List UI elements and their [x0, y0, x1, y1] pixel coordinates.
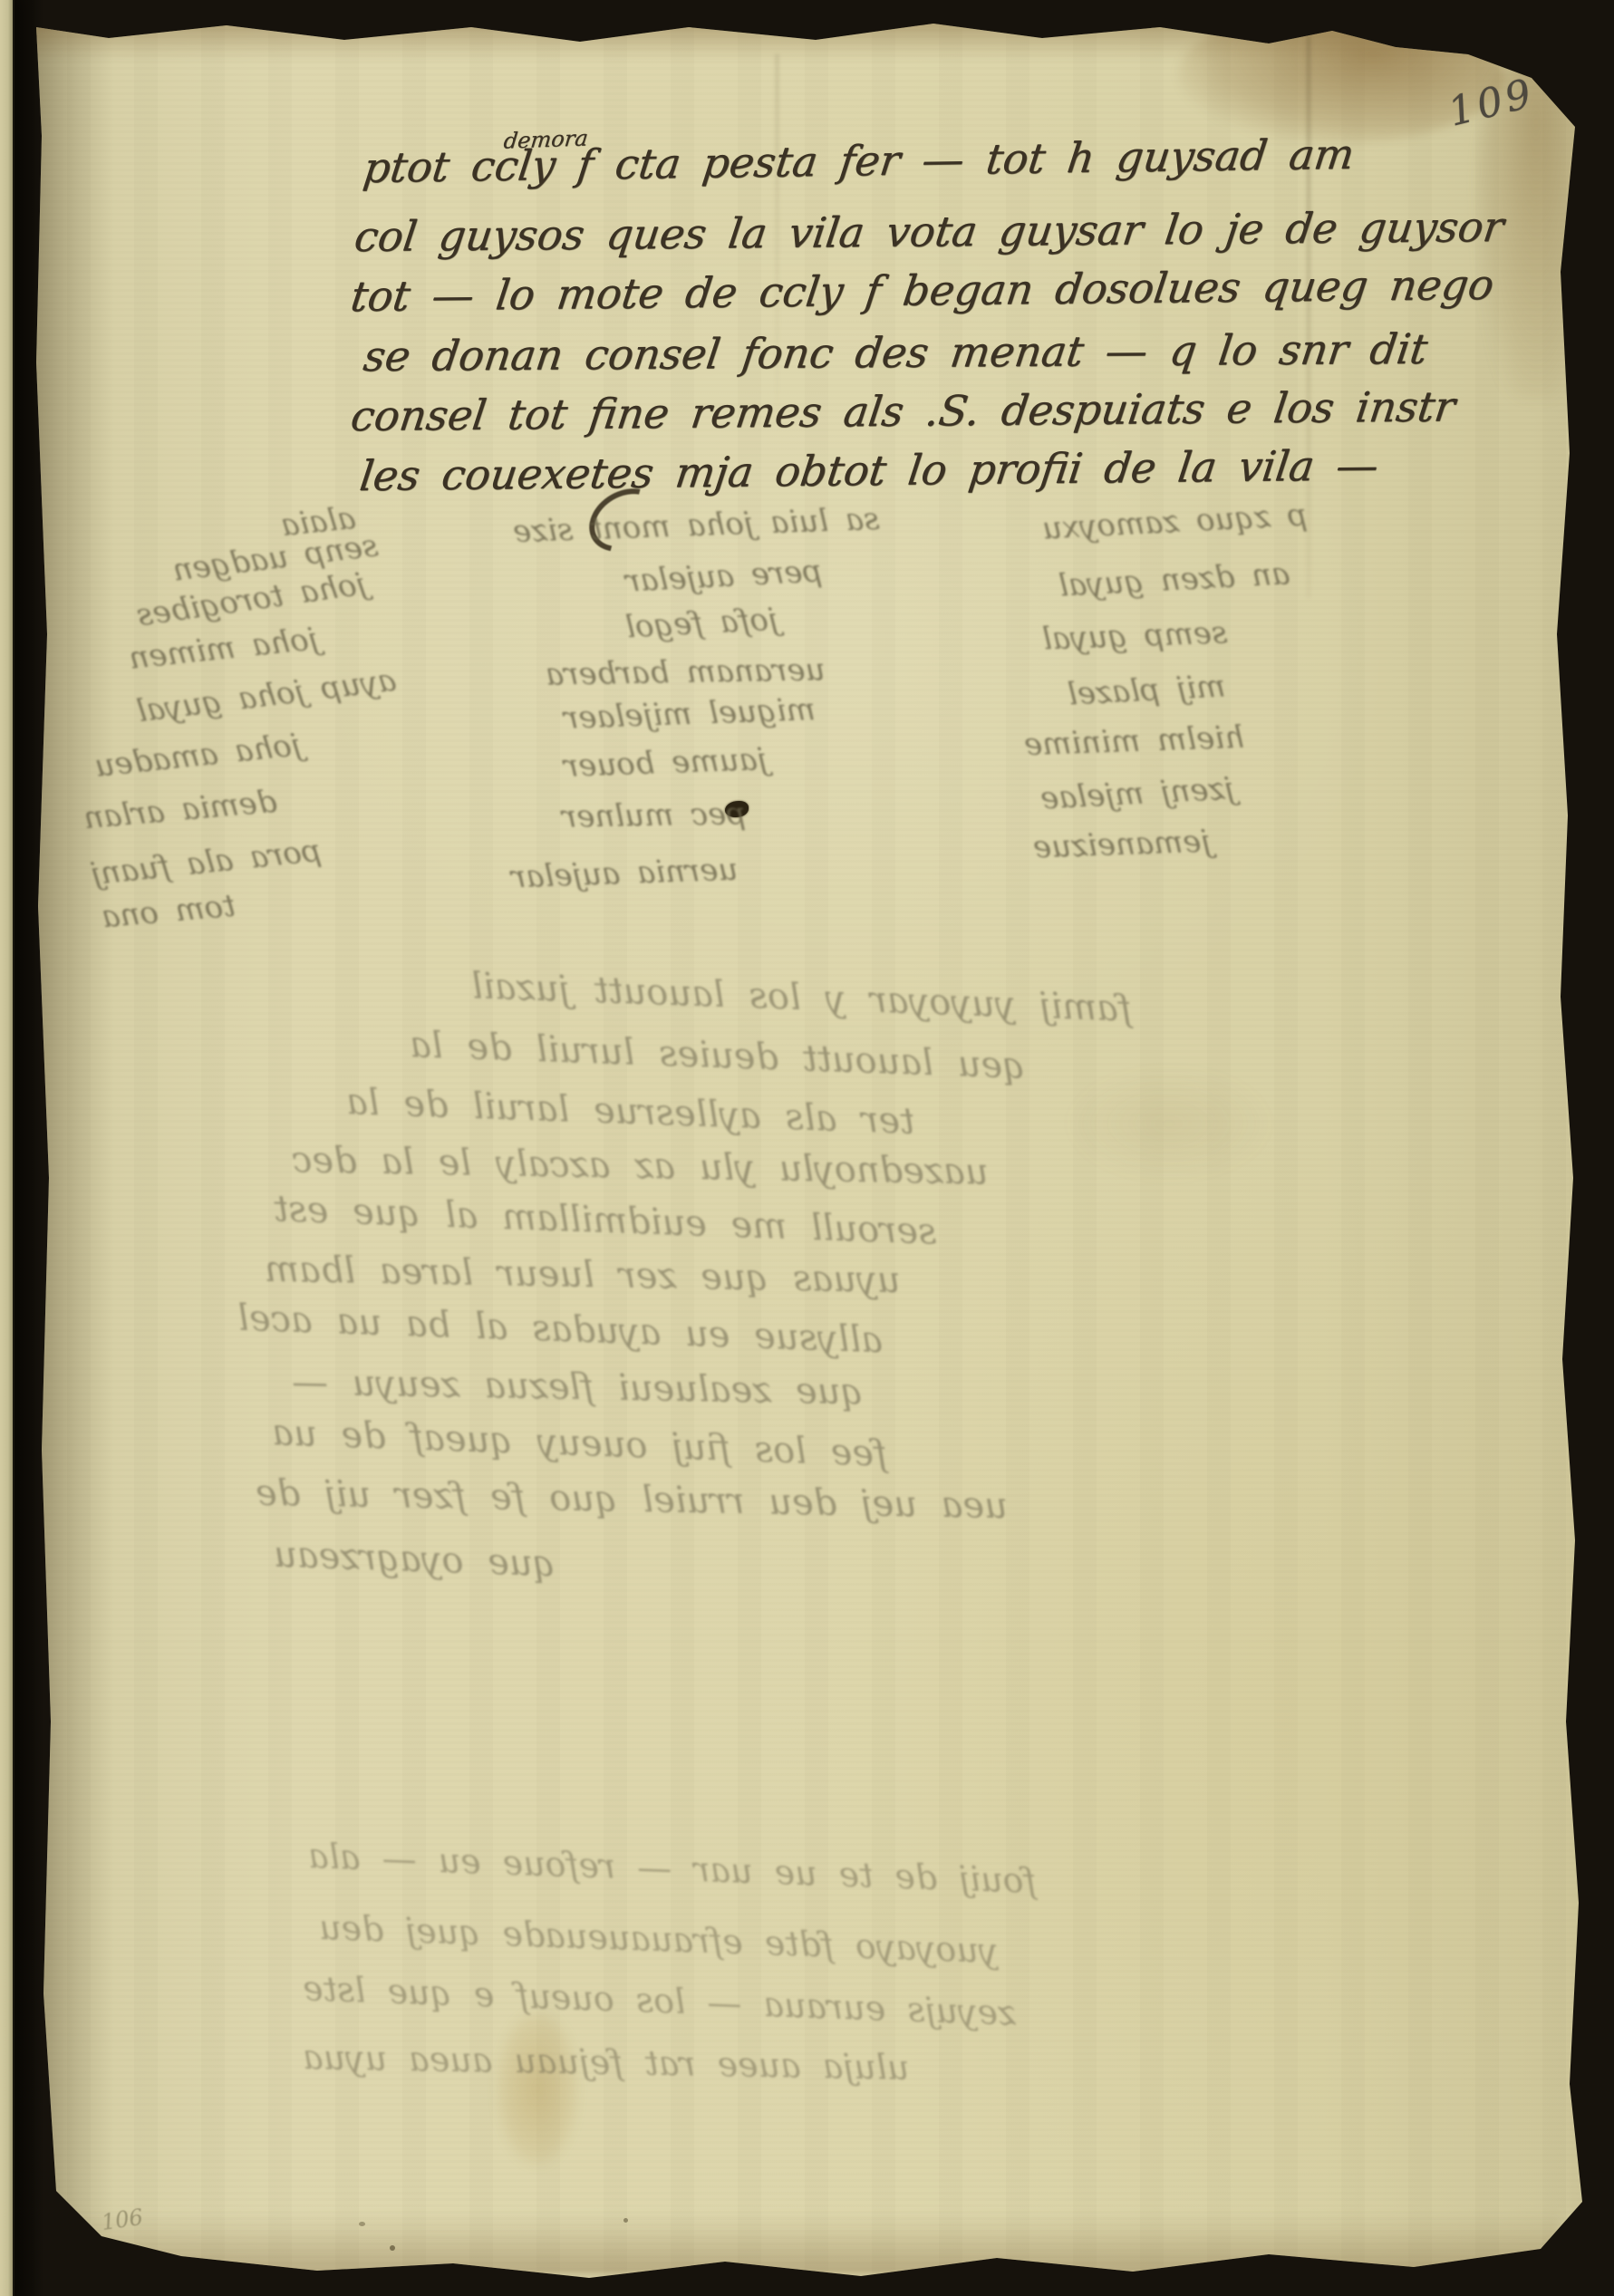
manuscript-page: 109 106 demora ptot ccly f cta pesta fer…: [0, 0, 1614, 2296]
showthrough-line: ueranam barbera: [546, 651, 826, 692]
showthrough-line: joha amadeu: [93, 727, 303, 785]
showthrough-line: mij plazel: [1067, 668, 1226, 712]
showthrough-line: uluja auee rat fejuau auea uyua: [303, 2037, 910, 2088]
showthrough-line: jaume bouer: [563, 741, 768, 785]
showthrough-line: uazednoylu ylu az azcaly le la dec: [292, 1139, 989, 1192]
showthrough-line: qeu lauoutt deuies luruil de la: [409, 1024, 1026, 1087]
showthrough-line: pec mulner: [562, 796, 747, 835]
showthrough-line: jofa fegol: [624, 602, 778, 646]
showthrough-line: p zquo zamoyxu: [1041, 497, 1308, 546]
showthrough-line: ter als ayllesrue laruil de la: [345, 1081, 915, 1143]
showthrough-line: semp guyal: [1041, 614, 1228, 657]
showthrough-line: pora ala fuanj: [90, 833, 324, 892]
showthrough-line: uernia aujelar: [510, 852, 739, 896]
showthrough-line: fouij de te ue uar — refoue eu — ala: [307, 1836, 1037, 1901]
showthrough-line: tom ona: [101, 888, 237, 936]
showthrough-line: hielm minime: [1023, 719, 1244, 763]
showthrough-line: que zealueui flezua zeuyu —: [292, 1361, 865, 1413]
showthrough-line: demia arlan: [82, 784, 278, 836]
showthrough-line: que oyagrzeau: [273, 1534, 556, 1586]
showthrough-line: jemaneizue: [1032, 824, 1211, 866]
showthrough-line: uyuas que zer lueur larea lbam: [265, 1249, 901, 1301]
showthrough-line: uea uej deu rruiel quo fe fzer uij de: [256, 1472, 1009, 1527]
showthrough-line: seroull me euidmillam al que est: [273, 1188, 937, 1253]
showthrough-line: zeyujs euraua — los oueuf e que lste: [302, 1968, 1016, 2032]
showthrough-layer: alaia senp uadgen joha torogibes joha mi…: [0, 0, 1614, 2296]
showthrough-line: jzenj mjelae: [1039, 770, 1235, 816]
showthrough-line: miguel mijelaer: [563, 691, 816, 737]
showthrough-line: pere aujelar: [624, 553, 823, 599]
showthrough-line: an dzen guyal: [1058, 555, 1290, 603]
showthrough-line: sa luia joha mont size: [512, 501, 880, 550]
showthrough-line: allysue eu ayudas al ba ua acel: [237, 1298, 883, 1362]
showthrough-line: famij yuyoyar y los lauoutt juzail: [470, 965, 1132, 1029]
showthrough-line: fee los fiuj oueuy queaf de ua: [271, 1412, 887, 1475]
showthrough-line: yuoyayo fdte efrauaueuade quej deu: [318, 1907, 999, 1971]
